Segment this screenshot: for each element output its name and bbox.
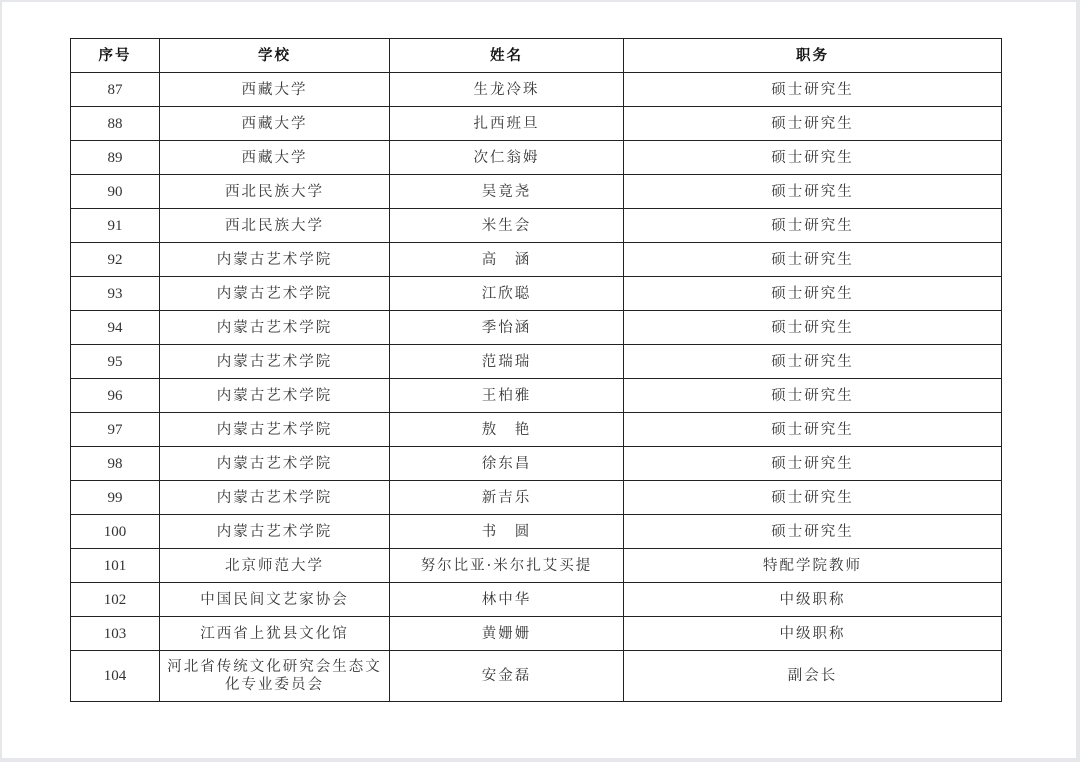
- table-row: 97 内蒙古艺术学院 敖 艳 硕士研究生: [71, 413, 1002, 447]
- cell-serial-number: 87: [71, 73, 160, 107]
- table-row: 90 西北民族大学 吴竟尧 硕士研究生: [71, 175, 1002, 209]
- cell-name: 生龙冷珠: [390, 73, 624, 107]
- cell-serial-number: 93: [71, 277, 160, 311]
- cell-serial-number: 92: [71, 243, 160, 277]
- header-name: 姓名: [390, 39, 624, 73]
- cell-position: 特配学院教师: [624, 549, 1002, 583]
- table-row: 93 内蒙古艺术学院 江欣聪 硕士研究生: [71, 277, 1002, 311]
- cell-position: 硕士研究生: [624, 481, 1002, 515]
- cell-school: 西藏大学: [160, 141, 390, 175]
- cell-name: 季怡涵: [390, 311, 624, 345]
- table-row: 95 内蒙古艺术学院 范瑞瑞 硕士研究生: [71, 345, 1002, 379]
- cell-position: 硕士研究生: [624, 141, 1002, 175]
- header-serial-number: 序号: [71, 39, 160, 73]
- cell-name: 安金磊: [390, 651, 624, 702]
- cell-school: 内蒙古艺术学院: [160, 311, 390, 345]
- table-header-row: 序号 学校 姓名 职务: [71, 39, 1002, 73]
- cell-name: 书 圆: [390, 515, 624, 549]
- table-row: 94 内蒙古艺术学院 季怡涵 硕士研究生: [71, 311, 1002, 345]
- cell-name: 米生会: [390, 209, 624, 243]
- cell-serial-number: 97: [71, 413, 160, 447]
- table-row: 102 中国民间文艺家协会 林中华 中级职称: [71, 583, 1002, 617]
- cell-position: 硕士研究生: [624, 515, 1002, 549]
- table-row: 104 河北省传统文化研究会生态文化专业委员会 安金磊 副会长: [71, 651, 1002, 702]
- cell-school: 西北民族大学: [160, 175, 390, 209]
- cell-school: 内蒙古艺术学院: [160, 481, 390, 515]
- header-position: 职务: [624, 39, 1002, 73]
- cell-serial-number: 95: [71, 345, 160, 379]
- cell-serial-number: 90: [71, 175, 160, 209]
- cell-serial-number: 104: [71, 651, 160, 702]
- cell-name: 范瑞瑞: [390, 345, 624, 379]
- cell-school: 内蒙古艺术学院: [160, 379, 390, 413]
- cell-serial-number: 100: [71, 515, 160, 549]
- table-row: 101 北京师范大学 努尔比亚·米尔扎艾买提 特配学院教师: [71, 549, 1002, 583]
- cell-school: 内蒙古艺术学院: [160, 277, 390, 311]
- cell-position: 硕士研究生: [624, 311, 1002, 345]
- table-row: 103 江西省上犹县文化馆 黄姗姗 中级职称: [71, 617, 1002, 651]
- cell-serial-number: 103: [71, 617, 160, 651]
- cell-position: 中级职称: [624, 617, 1002, 651]
- cell-serial-number: 98: [71, 447, 160, 481]
- cell-school: 中国民间文艺家协会: [160, 583, 390, 617]
- cell-serial-number: 102: [71, 583, 160, 617]
- cell-position: 副会长: [624, 651, 1002, 702]
- roster-table: 序号 学校 姓名 职务 87 西藏大学 生龙冷珠 硕士研究生 88 西藏大学 扎…: [70, 38, 1002, 702]
- table-row: 91 西北民族大学 米生会 硕士研究生: [71, 209, 1002, 243]
- table-row: 99 内蒙古艺术学院 新吉乐 硕士研究生: [71, 481, 1002, 515]
- cell-name: 努尔比亚·米尔扎艾买提: [390, 549, 624, 583]
- cell-position: 硕士研究生: [624, 413, 1002, 447]
- cell-name: 高 涵: [390, 243, 624, 277]
- cell-position: 中级职称: [624, 583, 1002, 617]
- cell-position: 硕士研究生: [624, 209, 1002, 243]
- cell-name: 新吉乐: [390, 481, 624, 515]
- table-row: 96 内蒙古艺术学院 王柏雅 硕士研究生: [71, 379, 1002, 413]
- cell-position: 硕士研究生: [624, 277, 1002, 311]
- cell-serial-number: 101: [71, 549, 160, 583]
- table-row: 87 西藏大学 生龙冷珠 硕士研究生: [71, 73, 1002, 107]
- header-school: 学校: [160, 39, 390, 73]
- cell-school: 内蒙古艺术学院: [160, 243, 390, 277]
- cell-name: 吴竟尧: [390, 175, 624, 209]
- cell-serial-number: 94: [71, 311, 160, 345]
- cell-name: 林中华: [390, 583, 624, 617]
- table-row: 100 内蒙古艺术学院 书 圆 硕士研究生: [71, 515, 1002, 549]
- cell-name: 王柏雅: [390, 379, 624, 413]
- cell-position: 硕士研究生: [624, 379, 1002, 413]
- document-page: 序号 学校 姓名 职务 87 西藏大学 生龙冷珠 硕士研究生 88 西藏大学 扎…: [2, 2, 1076, 758]
- cell-name: 敖 艳: [390, 413, 624, 447]
- cell-school: 西藏大学: [160, 107, 390, 141]
- cell-serial-number: 96: [71, 379, 160, 413]
- cell-name: 徐东昌: [390, 447, 624, 481]
- table-row: 89 西藏大学 次仁翁姆 硕士研究生: [71, 141, 1002, 175]
- cell-name: 次仁翁姆: [390, 141, 624, 175]
- table-row: 88 西藏大学 扎西班旦 硕士研究生: [71, 107, 1002, 141]
- cell-serial-number: 91: [71, 209, 160, 243]
- cell-school: 西藏大学: [160, 73, 390, 107]
- table-row: 92 内蒙古艺术学院 高 涵 硕士研究生: [71, 243, 1002, 277]
- cell-position: 硕士研究生: [624, 175, 1002, 209]
- cell-position: 硕士研究生: [624, 243, 1002, 277]
- cell-school: 内蒙古艺术学院: [160, 413, 390, 447]
- cell-school: 西北民族大学: [160, 209, 390, 243]
- cell-school: 江西省上犹县文化馆: [160, 617, 390, 651]
- cell-serial-number: 88: [71, 107, 160, 141]
- cell-school: 北京师范大学: [160, 549, 390, 583]
- cell-serial-number: 89: [71, 141, 160, 175]
- cell-school: 内蒙古艺术学院: [160, 447, 390, 481]
- cell-school: 内蒙古艺术学院: [160, 345, 390, 379]
- cell-name: 江欣聪: [390, 277, 624, 311]
- cell-position: 硕士研究生: [624, 73, 1002, 107]
- cell-school: 河北省传统文化研究会生态文化专业委员会: [160, 651, 390, 702]
- cell-name: 扎西班旦: [390, 107, 624, 141]
- cell-serial-number: 99: [71, 481, 160, 515]
- cell-position: 硕士研究生: [624, 345, 1002, 379]
- cell-position: 硕士研究生: [624, 447, 1002, 481]
- cell-position: 硕士研究生: [624, 107, 1002, 141]
- cell-name: 黄姗姗: [390, 617, 624, 651]
- cell-school: 内蒙古艺术学院: [160, 515, 390, 549]
- table-row: 98 内蒙古艺术学院 徐东昌 硕士研究生: [71, 447, 1002, 481]
